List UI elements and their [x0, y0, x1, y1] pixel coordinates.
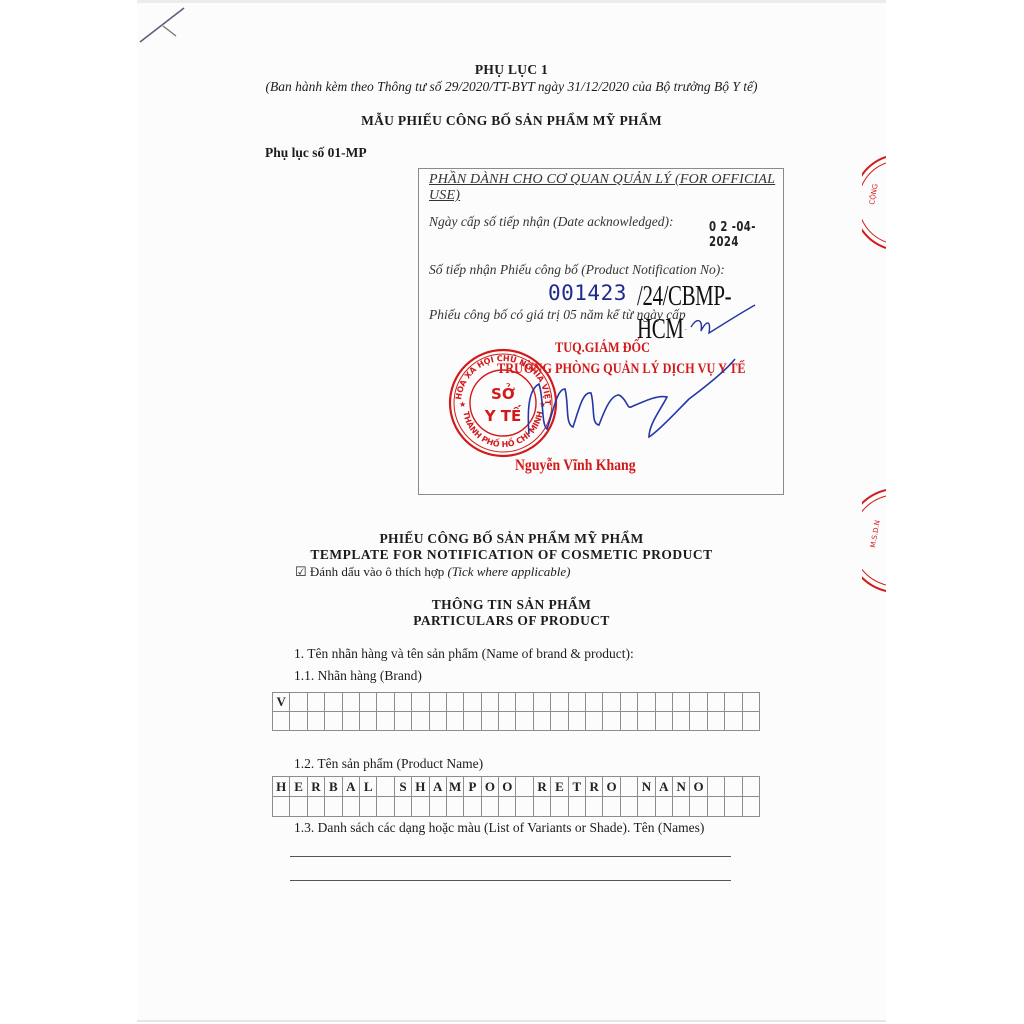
svg-text:CỘNG: CỘNG [867, 183, 880, 205]
grid-cell[interactable] [325, 797, 342, 817]
signer-name: Nguyễn Vĩnh Khang [515, 457, 636, 475]
grid-cell[interactable]: A [655, 777, 672, 797]
grid-cell[interactable] [359, 712, 376, 731]
grid-cell[interactable] [446, 693, 463, 712]
grid-cell[interactable] [672, 693, 689, 712]
grid-cell[interactable]: T [568, 777, 585, 797]
grid-cell[interactable] [325, 693, 342, 712]
form-title-vi: PHIẾU CÔNG BỐ SẢN PHẨM MỸ PHẨM [137, 531, 886, 547]
grid-cell[interactable]: N [638, 777, 655, 797]
grid-cell[interactable] [568, 797, 585, 817]
grid-cell[interactable] [499, 797, 516, 817]
grid-cell[interactable] [655, 693, 672, 712]
grid-cell[interactable] [707, 712, 724, 731]
grid-cell[interactable] [412, 797, 429, 817]
grid-cell[interactable] [464, 693, 481, 712]
grid-cell[interactable] [638, 693, 655, 712]
grid-cell[interactable] [464, 797, 481, 817]
grid-cell[interactable] [620, 777, 637, 797]
question-1-2-label: 1.2. Tên sản phẩm (Product Name) [294, 756, 483, 772]
grid-cell[interactable] [359, 797, 376, 817]
checkbox-checked-icon: ☑ [295, 564, 307, 579]
grid-cell[interactable] [533, 797, 550, 817]
form-sample-title: MẪU PHIẾU CÔNG BỐ SẢN PHẨM MỸ PHẨM [137, 113, 886, 129]
grid-cell[interactable] [725, 777, 742, 797]
grid-cell[interactable]: A [342, 777, 359, 797]
grid-cell[interactable] [481, 712, 498, 731]
grid-cell[interactable] [655, 712, 672, 731]
grid-cell[interactable] [273, 797, 290, 817]
grid-cell[interactable] [307, 712, 324, 731]
grid-cell[interactable] [342, 712, 359, 731]
grid-cell[interactable] [377, 797, 394, 817]
grid-cell[interactable] [638, 797, 655, 817]
grid-cell[interactable]: O [690, 777, 707, 797]
grid-cell[interactable] [742, 777, 759, 797]
grid-cell[interactable] [394, 712, 411, 731]
grid-cell[interactable] [586, 693, 603, 712]
grid-cell[interactable] [568, 712, 585, 731]
grid-cell[interactable] [446, 797, 463, 817]
grid-cell[interactable] [412, 712, 429, 731]
date-acknowledged-value: 0 2 -04- 2024 [709, 220, 767, 250]
margin-stamp-top-icon: CỘNG [862, 155, 886, 250]
grid-cell[interactable] [603, 693, 620, 712]
notification-number-stamped: 001423 [548, 281, 627, 305]
official-use-heading: PHẦN DÀNH CHO CƠ QUAN QUẢN LÝ (FOR OFFIC… [429, 172, 779, 204]
grid-cell[interactable] [690, 797, 707, 817]
annex-number: Phụ lục số 01-MP [265, 145, 367, 161]
grid-cell[interactable] [707, 777, 724, 797]
grid-cell[interactable] [568, 693, 585, 712]
question-1-label: 1. Tên nhãn hàng và tên sản phẩm (Name o… [294, 646, 634, 662]
grid-cell[interactable] [516, 777, 533, 797]
grid-cell[interactable] [742, 712, 759, 731]
grid-cell[interactable] [603, 797, 620, 817]
grid-cell[interactable] [464, 712, 481, 731]
grid-cell[interactable]: R [533, 777, 550, 797]
grid-cell[interactable] [394, 797, 411, 817]
grid-cell[interactable]: E [551, 777, 568, 797]
grid-cell[interactable] [290, 693, 307, 712]
grid-cell[interactable] [429, 797, 446, 817]
official-use-box: PHẦN DÀNH CHO CƠ QUAN QUẢN LÝ (FOR OFFIC… [418, 168, 784, 495]
grid-cell[interactable] [342, 797, 359, 817]
grid-cell[interactable] [377, 777, 394, 797]
variant-line-1[interactable] [290, 856, 731, 857]
form-title-en: TEMPLATE FOR NOTIFICATION OF COSMETIC PR… [137, 547, 886, 563]
grid-cell[interactable]: P [464, 777, 481, 797]
grid-cell[interactable] [586, 797, 603, 817]
grid-cell[interactable] [551, 797, 568, 817]
grid-cell[interactable] [690, 693, 707, 712]
svg-text:M.S.D.N: M.S.D.N [869, 520, 882, 549]
question-1-3-label: 1.3. Danh sách các dạng hoặc màu (List o… [294, 820, 704, 836]
grid-cell[interactable] [620, 797, 637, 817]
grid-cell[interactable] [394, 693, 411, 712]
staple-mark-icon [138, 4, 188, 44]
brand-character-grid: V [272, 692, 760, 731]
grid-cell[interactable] [620, 693, 637, 712]
grid-cell[interactable] [672, 712, 689, 731]
grid-cell[interactable]: M [446, 777, 463, 797]
grid-cell[interactable] [273, 712, 290, 731]
grid-cell[interactable] [342, 693, 359, 712]
tick-note-vi: Đánh dấu vào ô thích hợp [310, 564, 444, 579]
grid-cell[interactable] [499, 693, 516, 712]
tick-note-en: (Tick where applicable) [447, 564, 570, 579]
tick-note: ☑ Đánh dấu vào ô thích hợp (Tick where a… [295, 564, 570, 580]
grid-cell[interactable]: H [412, 777, 429, 797]
grid-cell[interactable] [742, 797, 759, 817]
grid-cell[interactable] [551, 712, 568, 731]
grid-cell[interactable] [620, 712, 637, 731]
grid-cell[interactable] [516, 797, 533, 817]
grid-cell[interactable]: O [603, 777, 620, 797]
grid-cell[interactable]: S [394, 777, 411, 797]
grid-cell[interactable] [603, 712, 620, 731]
page-top-edge [137, 0, 886, 3]
section-title-vi: THÔNG TIN SẢN PHẨM [137, 597, 886, 613]
grid-cell[interactable]: R [586, 777, 603, 797]
variant-line-2[interactable] [290, 880, 731, 881]
grid-cell[interactable] [533, 712, 550, 731]
grid-cell[interactable] [307, 797, 324, 817]
grid-cell[interactable] [481, 693, 498, 712]
grid-cell[interactable]: B [325, 777, 342, 797]
notification-number-label: Số tiếp nhận Phiếu công bố (Product Noti… [429, 262, 725, 278]
annex-title: PHỤ LỤC 1 [137, 62, 886, 78]
grid-cell[interactable] [290, 797, 307, 817]
grid-cell[interactable] [429, 712, 446, 731]
grid-cell[interactable]: L [359, 777, 376, 797]
grid-cell[interactable] [481, 797, 498, 817]
grid-cell[interactable] [412, 693, 429, 712]
grid-cell[interactable]: O [481, 777, 498, 797]
grid-cell[interactable] [290, 712, 307, 731]
grid-cell[interactable] [672, 797, 689, 817]
grid-cell[interactable] [551, 693, 568, 712]
svg-text:★: ★ [459, 400, 466, 409]
product-name-character-grid: HERBALSHAMPOORETRONANO [272, 776, 760, 817]
grid-cell[interactable]: E [290, 777, 307, 797]
section-title-en: PARTICULARS OF PRODUCT [137, 613, 886, 629]
grid-cell[interactable] [725, 712, 742, 731]
grid-cell[interactable] [707, 797, 724, 817]
grid-cell[interactable] [725, 693, 742, 712]
grid-cell[interactable]: A [429, 777, 446, 797]
question-1-1-label: 1.1. Nhãn hàng (Brand) [294, 668, 422, 684]
grid-cell[interactable] [377, 693, 394, 712]
grid-cell[interactable] [359, 693, 376, 712]
grid-cell[interactable] [655, 797, 672, 817]
handwritten-signature-icon [499, 329, 739, 449]
grid-cell[interactable]: O [499, 777, 516, 797]
grid-cell[interactable] [429, 693, 446, 712]
grid-cell[interactable] [586, 712, 603, 731]
grid-cell[interactable] [533, 693, 550, 712]
annex-subtitle: (Ban hành kèm theo Thông tư số 29/2020/T… [137, 79, 886, 95]
grid-cell[interactable] [516, 712, 533, 731]
grid-cell[interactable] [377, 712, 394, 731]
grid-cell[interactable]: R [307, 777, 324, 797]
date-acknowledged-label: Ngày cấp số tiếp nhận (Date acknowledged… [429, 214, 673, 230]
grid-cell[interactable] [725, 797, 742, 817]
document-page [137, 0, 886, 1022]
grid-cell[interactable] [516, 693, 533, 712]
grid-cell[interactable] [499, 712, 516, 731]
grid-cell[interactable] [446, 712, 463, 731]
grid-cell[interactable] [707, 693, 724, 712]
initial-mark-icon [689, 297, 759, 347]
margin-stamp-bottom-icon: M.S.D.N [862, 488, 886, 593]
grid-cell[interactable] [307, 693, 324, 712]
grid-cell[interactable]: V [273, 693, 290, 712]
grid-cell[interactable]: N [672, 777, 689, 797]
grid-cell[interactable] [742, 693, 759, 712]
grid-cell[interactable] [690, 712, 707, 731]
grid-cell[interactable] [325, 712, 342, 731]
grid-cell[interactable] [638, 712, 655, 731]
grid-cell[interactable]: H [273, 777, 290, 797]
